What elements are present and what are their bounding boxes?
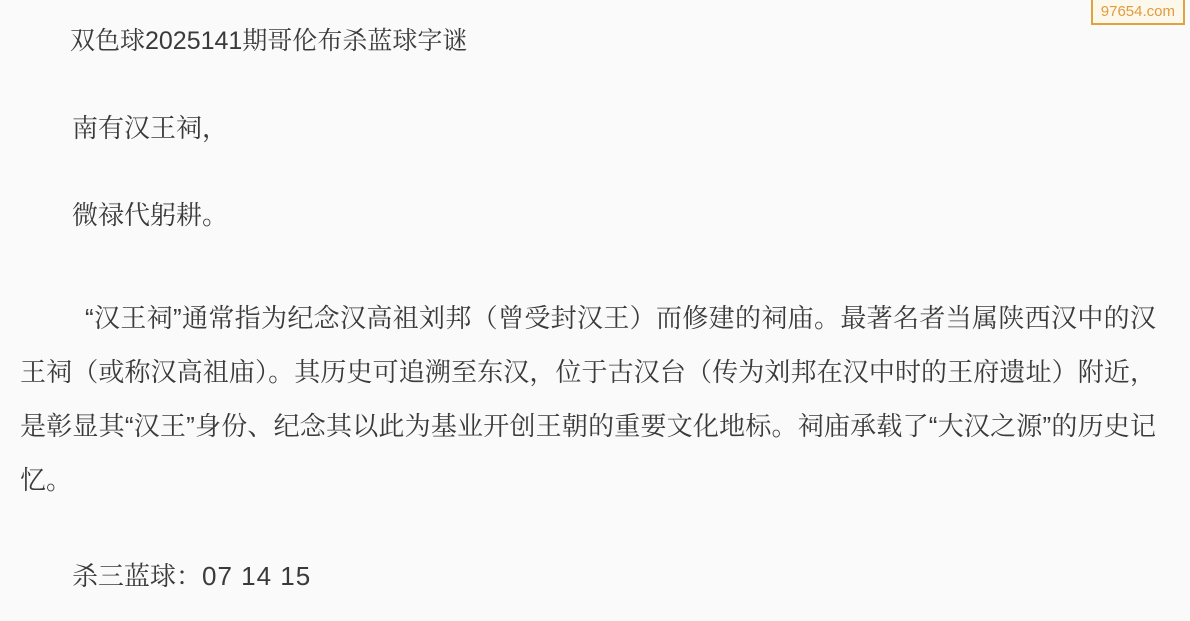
kill-blue-label: 杀三蓝球： [72, 561, 202, 591]
kill-blue-numbers: 07 14 15 [202, 561, 311, 591]
article-title: 双色球2025141期哥伦布杀蓝球字谜 [20, 22, 1156, 61]
riddle-line-2: 微禄代躬耕。 [20, 196, 1156, 235]
explanation-paragraph: “汉王祠”通常指为纪念汉高祖刘邦（曾受封汉王）而修建的祠庙。最著名者当属陕西汉中… [20, 291, 1156, 507]
kill-blue-line: 杀三蓝球：07 14 15 [20, 557, 1156, 596]
article-page: 97654.com 双色球2025141期哥伦布杀蓝球字谜 南有汉王祠， 微禄代… [0, 0, 1190, 621]
riddle-line-1: 南有汉王祠， [20, 109, 1156, 148]
site-watermark-badge: 97654.com [1091, 0, 1185, 25]
